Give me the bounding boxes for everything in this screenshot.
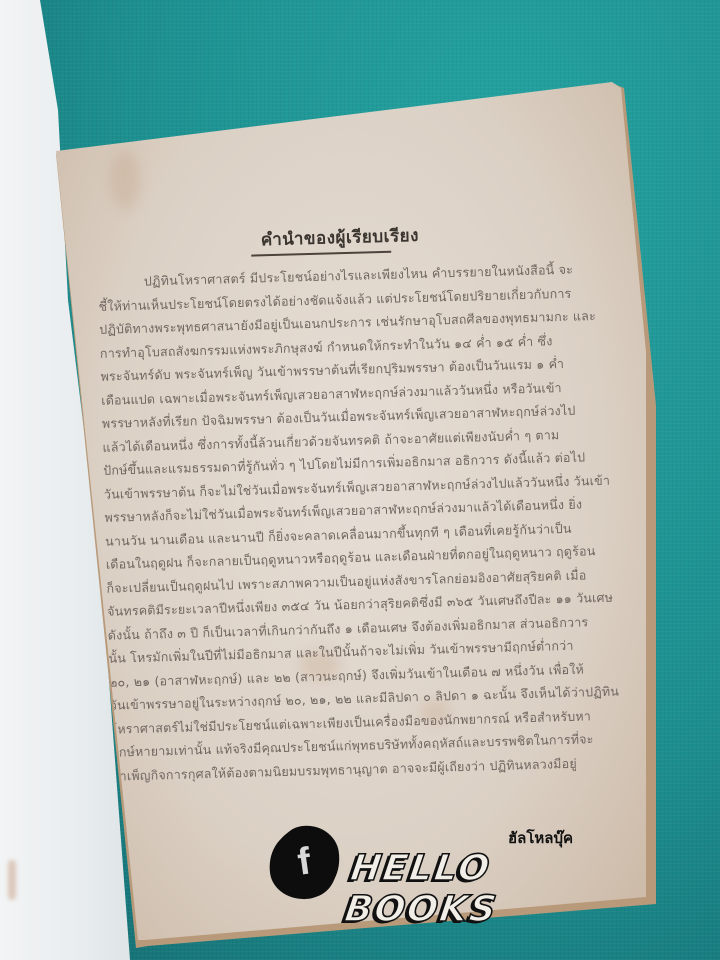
- hello-books-watermark: f ฮัลโหลบุ๊ค HELLO BOOKS: [270, 826, 600, 906]
- facebook-icon: f: [267, 824, 342, 903]
- page-title: คำนำของผู้เรียบเรียง: [260, 222, 419, 253]
- brand-name: HELLO BOOKS: [342, 848, 606, 930]
- body-text: ปฏิทินโหราศาสตร์ มีประโยชน์อย่างไรและเพี…: [98, 256, 660, 788]
- facebook-f-glyph: f: [295, 839, 314, 884]
- book-page: คำนำของผู้เรียบเรียง ปฏิทินโหราศาสตร์ มี…: [56, 70, 646, 950]
- brand-name-thai: ฮัลโหลบุ๊ค: [508, 826, 573, 850]
- page-content: คำนำของผู้เรียบเรียง ปฏิทินโหราศาสตร์ มี…: [56, 54, 670, 950]
